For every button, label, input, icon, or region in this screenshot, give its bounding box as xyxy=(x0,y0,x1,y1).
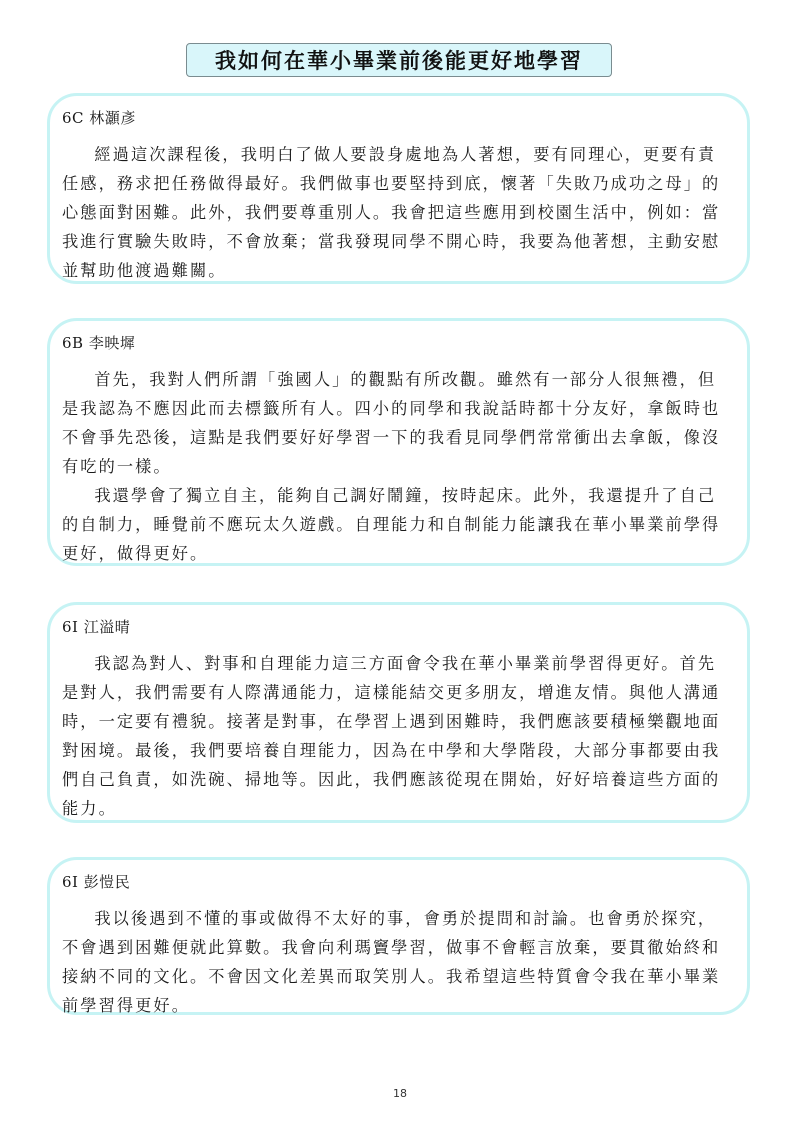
entry-card-3: 6I 江溢晴 我認為對人、對事和自理能力這三方面會令我在華小畢業前學習得更好。首… xyxy=(47,602,750,823)
entry-paragraph: 首先，我對人們所謂「強國人」的觀點有所改觀。雖然有一部分人很無禮，但是我認為不應… xyxy=(62,365,733,481)
page-title: 我如何在華小畢業前後能更好地學習 xyxy=(215,45,583,75)
entry-paragraph: 我還學會了獨立自主，能夠自己調好鬧鐘，按時起床。此外，我還提升了自己的自制力，睡… xyxy=(62,481,733,568)
student-name: 6B 李映墀 xyxy=(62,331,733,355)
page-title-box: 我如何在華小畢業前後能更好地學習 xyxy=(186,43,612,77)
entry-paragraph: 我以後遇到不懂的事或做得不太好的事，會勇於提問和討論。也會勇於探究，不會遇到困難… xyxy=(62,904,733,1020)
entry-paragraph: 我認為對人、對事和自理能力這三方面會令我在華小畢業前學習得更好。首先是對人，我們… xyxy=(62,649,733,823)
student-name: 6I 彭愷民 xyxy=(62,870,733,894)
page-number: 18 xyxy=(0,1087,800,1100)
entry-card-1: 6C 林灝彥 經過這次課程後，我明白了做人要設身處地為人著想，要有同理心，更要有… xyxy=(47,93,750,284)
entry-paragraph: 經過這次課程後，我明白了做人要設身處地為人著想，要有同理心，更要有責任感，務求把… xyxy=(62,140,733,285)
student-name: 6I 江溢晴 xyxy=(62,615,733,639)
entry-card-4: 6I 彭愷民 我以後遇到不懂的事或做得不太好的事，會勇於提問和討論。也會勇於探究… xyxy=(47,857,750,1015)
student-name: 6C 林灝彥 xyxy=(62,106,733,130)
entry-card-2: 6B 李映墀 首先，我對人們所謂「強國人」的觀點有所改觀。雖然有一部分人很無禮，… xyxy=(47,318,750,566)
